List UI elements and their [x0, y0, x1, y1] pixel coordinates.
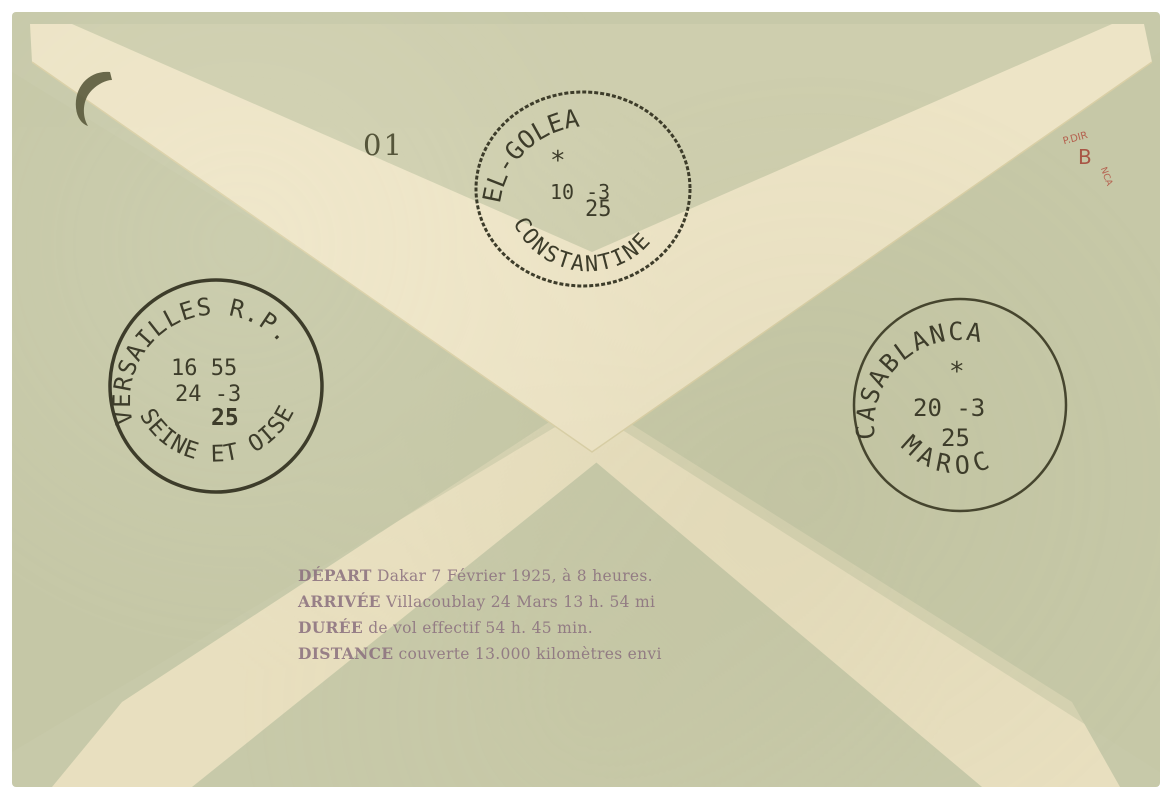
red-mark-letter: B — [1078, 145, 1092, 169]
imprint-text: de vol effectif 54 h. 45 min. — [363, 619, 593, 637]
number-mark: 01 — [363, 128, 404, 162]
imprint-text: couverte 13.000 kilomètres envi — [393, 645, 661, 663]
postmark-casablanca: CASABLANCA MAROC * 20 -3 25 — [849, 294, 1071, 516]
imprint-line-depart: DÉPART Dakar 7 Février 1925, à 8 heures. — [298, 563, 662, 589]
versailles-date: 24 -3 — [175, 382, 241, 407]
imprint-line-arrivee: ARRIVÉE Villacoublay 24 Mars 13 h. 54 mi — [298, 589, 662, 615]
el-golea-bottom-text: CONSTANTINE — [508, 213, 657, 277]
el-golea-star: * — [550, 146, 566, 176]
red-receiving-mark: P.DIR B NCA — [1062, 122, 1118, 192]
postmark-el-golea: EL-GOLEA CONSTANTINE * 10 -3 25 — [470, 84, 700, 294]
imprint-key: DISTANCE — [298, 644, 393, 663]
ink-crescent-mark — [68, 68, 114, 128]
imprint-key: DURÉE — [298, 618, 363, 637]
casablanca-date: 20 -3 — [913, 394, 985, 422]
versailles-time: 16 55 — [171, 356, 237, 381]
flight-imprint: DÉPART Dakar 7 Février 1925, à 8 heures.… — [298, 563, 662, 667]
imprint-key: DÉPART — [298, 566, 372, 585]
svg-text:CONSTANTINE: CONSTANTINE — [508, 213, 657, 277]
imprint-text: Dakar 7 Février 1925, à 8 heures. — [372, 567, 653, 585]
imprint-line-distance: DISTANCE couverte 13.000 kilomètres envi — [298, 641, 662, 667]
imprint-key: ARRIVÉE — [298, 592, 381, 611]
imprint-line-duree: DURÉE de vol effectif 54 h. 45 min. — [298, 615, 662, 641]
postmark-versailles: VERSAILLES R.P. SEINE ET OISE 16 55 24 -… — [103, 273, 329, 499]
casablanca-year: 25 — [941, 424, 970, 452]
casablanca-star: * — [949, 357, 965, 387]
el-golea-year: 25 — [585, 197, 612, 222]
versailles-year: 25 — [211, 405, 239, 431]
imprint-text: Villacoublay 24 Mars 13 h. 54 mi — [381, 593, 656, 611]
red-mark-bottom-text: NCA — [1098, 166, 1114, 188]
